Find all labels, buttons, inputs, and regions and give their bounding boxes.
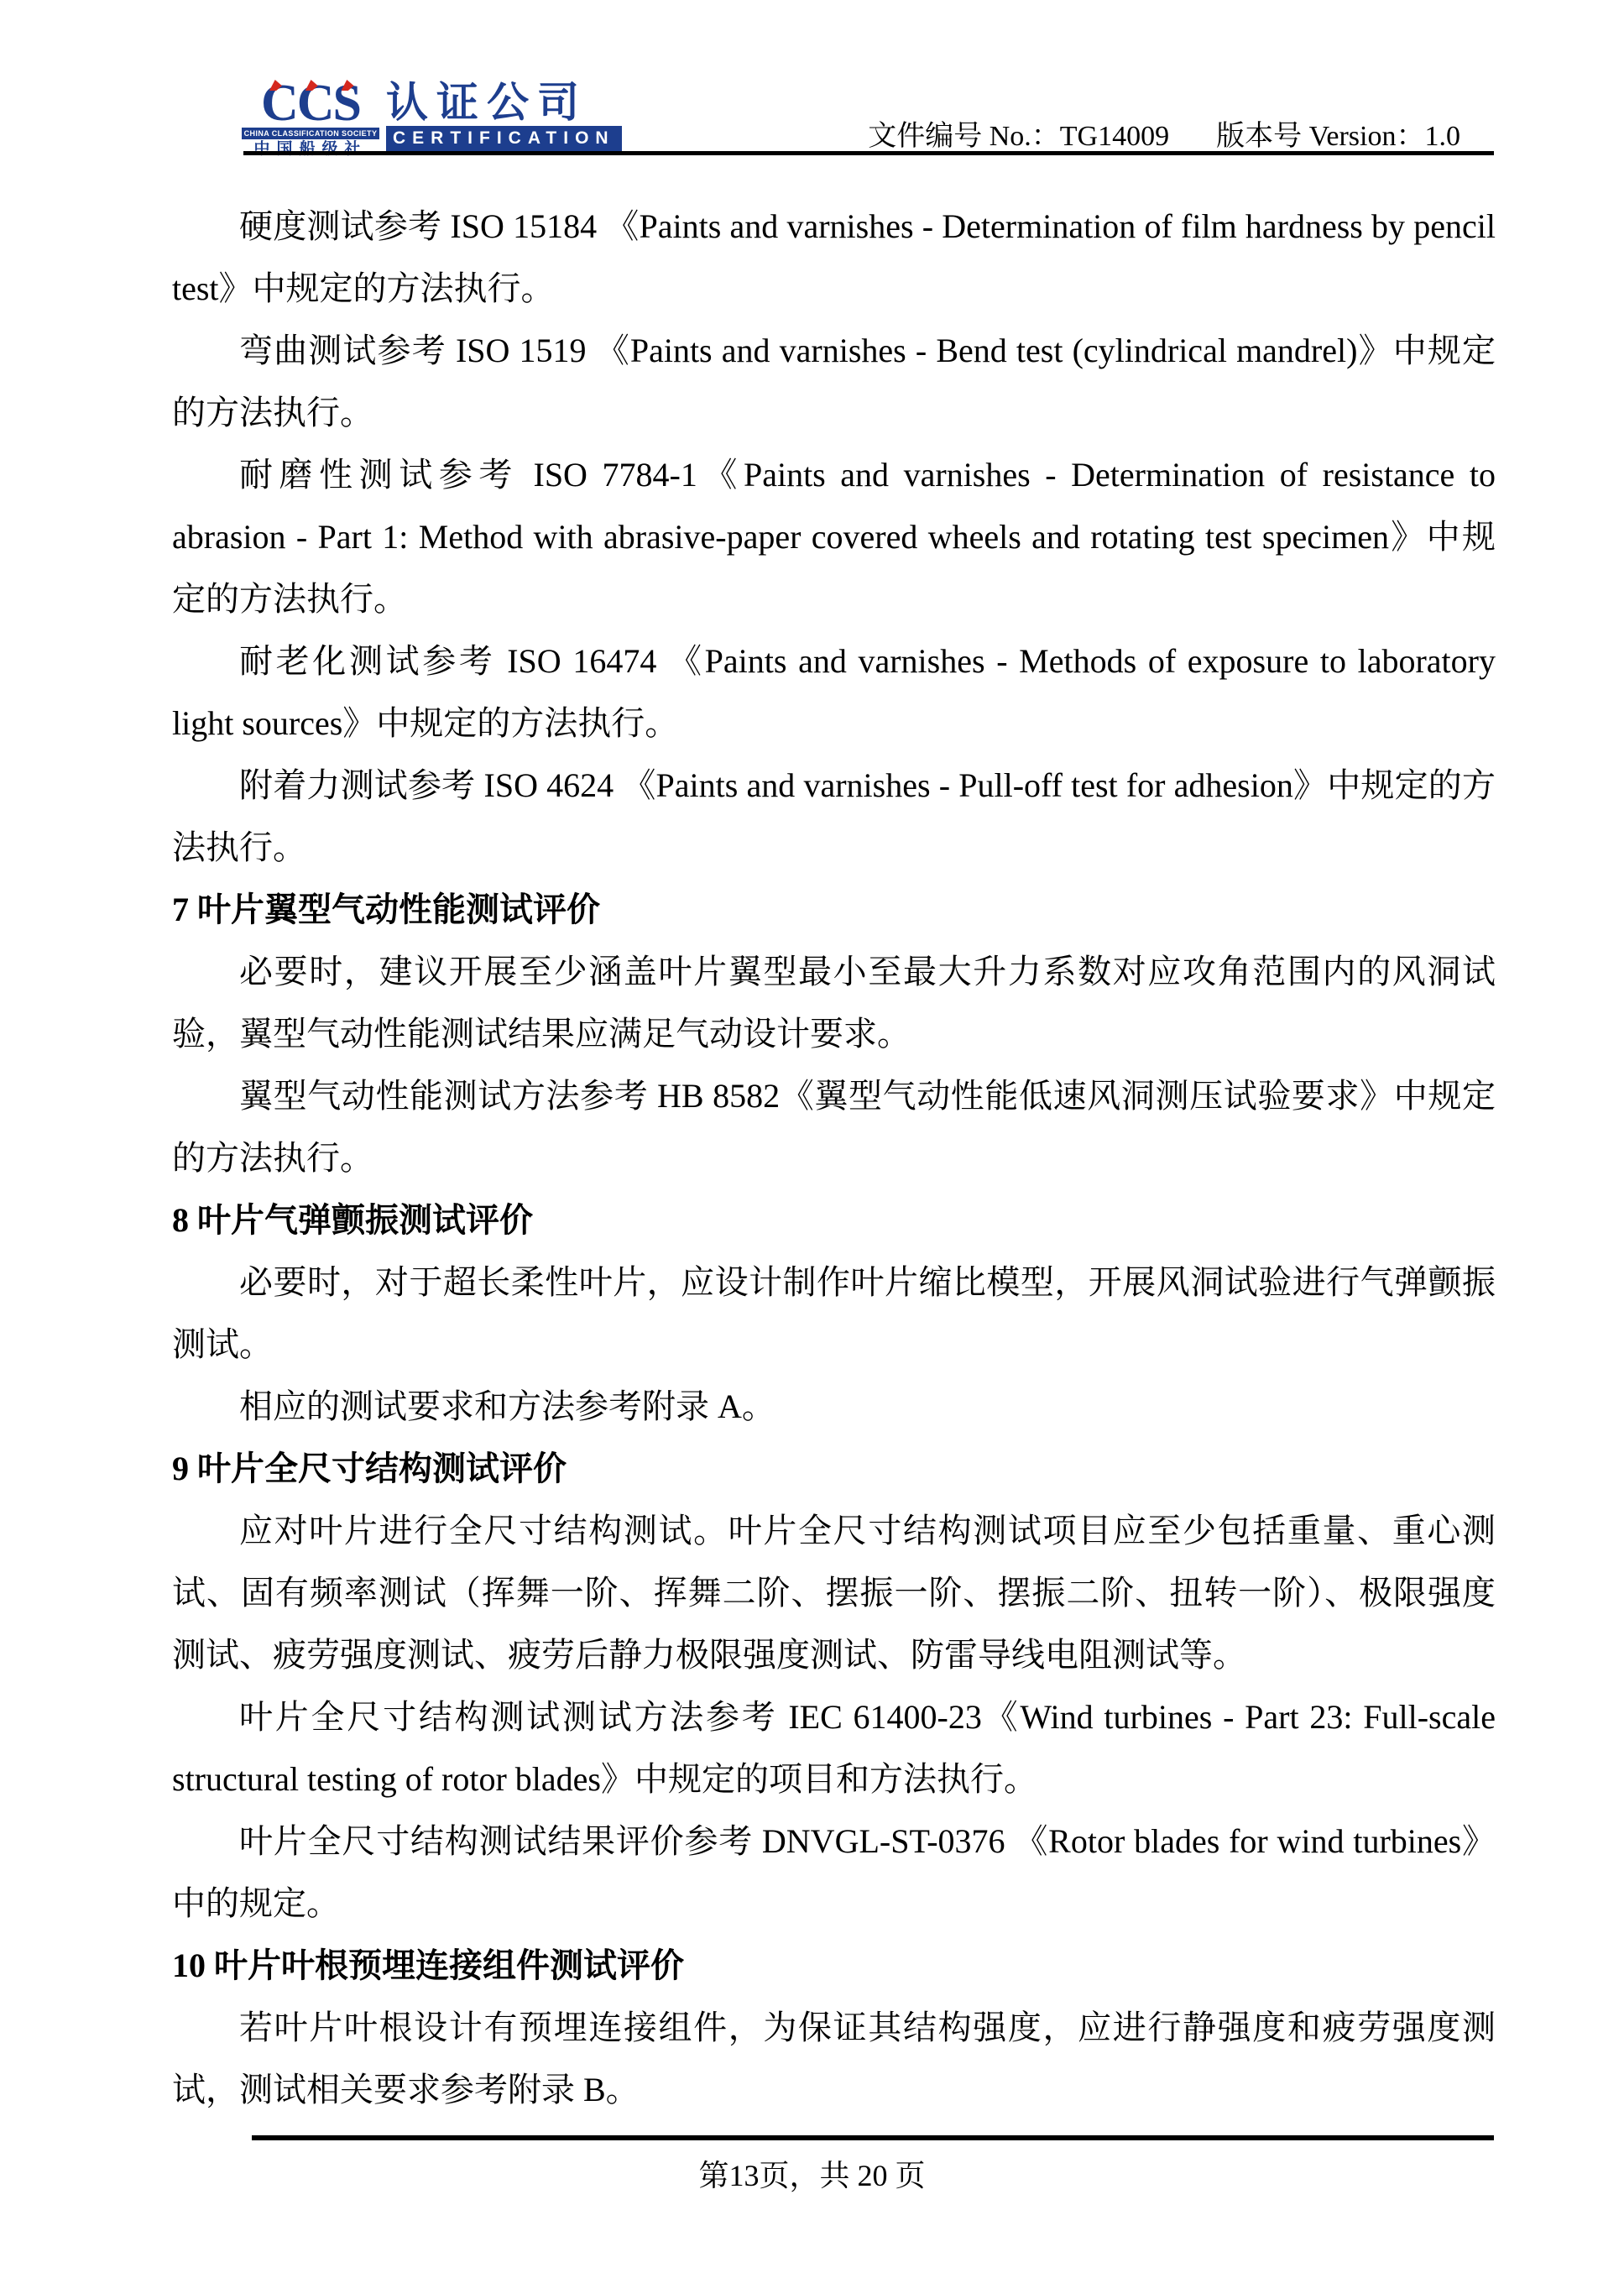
body-paragraph: 附着力测试参考 ISO 4624 《Paints and varnishes -… — [172, 755, 1496, 879]
ccs-logo-right: 认证公司 CERTIFICATION — [386, 81, 622, 151]
body-paragraph: 耐磨性测试参考 ISO 7784-1《Paints and varnishes … — [172, 444, 1496, 630]
document-body: 硬度测试参考 ISO 15184 《Paints and varnishes -… — [172, 196, 1496, 2121]
header-rule — [243, 151, 1494, 155]
document-version: 版本号 Version：1.0 — [1216, 121, 1460, 152]
company-name-cn: 认证公司 — [386, 81, 622, 124]
ccs-wordmark: CCS — [261, 81, 360, 126]
document-page: CCS CHINA CLASSIFICATION SOCIETY 中国船级社 认… — [0, 0, 1624, 2278]
ccs-logo-left: CCS CHINA CLASSIFICATION SOCIETY 中国船级社 — [243, 81, 378, 159]
page-number: 第13页，共 20 页 — [0, 2150, 1624, 2201]
section-heading: 7 叶片翼型气动性能测试评价 — [172, 879, 1496, 941]
body-paragraph: 相应的测试要求和方法参考附录 A。 — [172, 1376, 1496, 1438]
ccs-logo: CCS CHINA CLASSIFICATION SOCIETY 中国船级社 认… — [243, 81, 622, 159]
document-meta: 文件编号 No.：TG14009版本号 Version：1.0 — [868, 112, 1460, 154]
body-paragraph: 弯曲测试参考 ISO 1519 《Paints and varnishes - … — [172, 320, 1496, 444]
certification-banner: CERTIFICATION — [386, 126, 622, 151]
society-name-cn: 中国船级社 — [253, 140, 367, 159]
body-paragraph: 硬度测试参考 ISO 15184 《Paints and varnishes -… — [172, 196, 1496, 320]
body-paragraph: 翼型气动性能测试方法参考 HB 8582《翼型气动性能低速风洞测压试验要求》中规… — [172, 1065, 1496, 1189]
ccs-letter: C — [297, 81, 333, 126]
body-paragraph: 耐老化测试参考 ISO 16474 《Paints and varnishes … — [172, 630, 1496, 755]
section-heading: 8 叶片气弹颤振测试评价 — [172, 1189, 1496, 1251]
body-paragraph: 若叶片叶根设计有预埋连接组件，为保证其结构强度，应进行静强度和疲劳强度测试，测试… — [172, 1997, 1496, 2121]
ccs-letter: C — [261, 81, 297, 126]
body-paragraph: 必要时，对于超长柔性叶片，应设计制作叶片缩比模型，开展风洞试验进行气弹颤振测试。 — [172, 1251, 1496, 1376]
footer-rule — [252, 2135, 1494, 2140]
body-paragraph: 应对叶片进行全尺寸结构测试。叶片全尺寸结构测试项目应至少包括重量、重心测试、固有… — [172, 1500, 1496, 1686]
body-paragraph: 叶片全尺寸结构测试测试方法参考 IEC 61400-23《Wind turbin… — [172, 1686, 1496, 1810]
body-paragraph: 必要时，建议开展至少涵盖叶片翼型最小至最大升力系数对应攻角范围内的风洞试验，翼型… — [172, 941, 1496, 1065]
section-heading: 9 叶片全尺寸结构测试评价 — [172, 1438, 1496, 1500]
section-heading: 10 叶片叶根预埋连接组件测试评价 — [172, 1935, 1496, 1997]
document-number: 文件编号 No.：TG14009 — [868, 121, 1169, 152]
body-paragraph: 叶片全尺寸结构测试结果评价参考 DNVGL-ST-0376 《Rotor bla… — [172, 1810, 1496, 1935]
ccs-letter: S — [333, 81, 360, 126]
